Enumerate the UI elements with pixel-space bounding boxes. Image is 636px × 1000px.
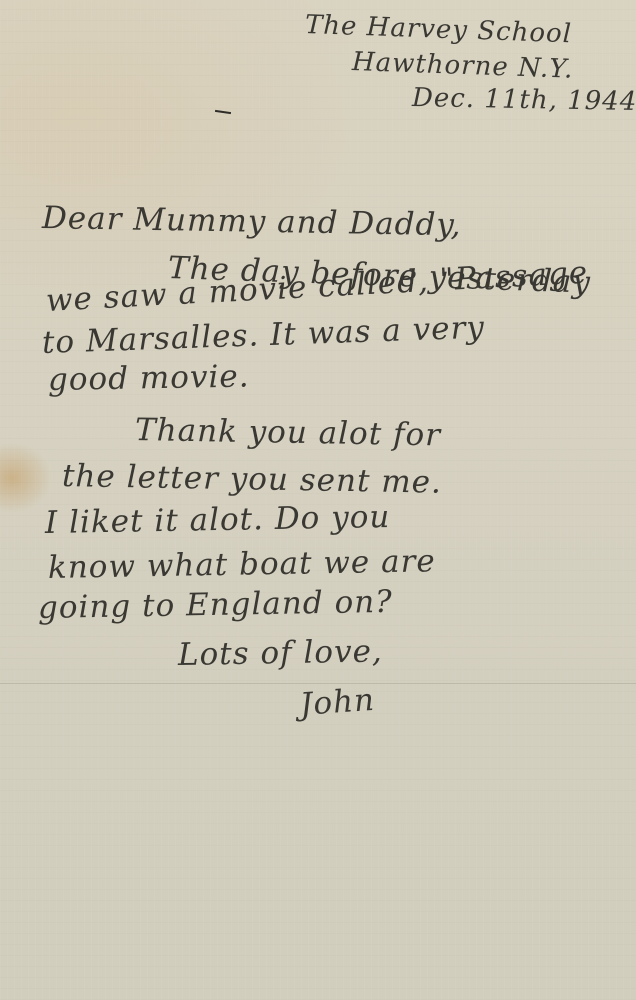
header-location: Hawthorne N.Y.: [351, 47, 573, 85]
body-line: good movie.: [48, 358, 250, 398]
closing: Lots of love,: [178, 633, 383, 673]
salutation: Dear Mummy and Daddy,: [42, 200, 462, 243]
pencil-mark: [215, 110, 231, 114]
letter-page: The Harvey School Hawthorne N.Y. Dec. 11…: [0, 0, 636, 1000]
paper-fold-line: [0, 683, 636, 684]
body-line: to Marsalles. It was a very: [41, 310, 485, 361]
body-line: know what boat we are: [48, 543, 436, 586]
header-date: Dec. 11th, 1944: [412, 83, 636, 117]
body-line: Thank you alot for: [135, 412, 442, 453]
body-line: I liket it alot. Do you: [45, 499, 391, 541]
signature: John: [299, 682, 376, 723]
body-line: the letter you sent me.: [62, 458, 443, 501]
body-line: going to England on?: [38, 584, 393, 626]
header-school-name: The Harvey School: [304, 10, 572, 49]
